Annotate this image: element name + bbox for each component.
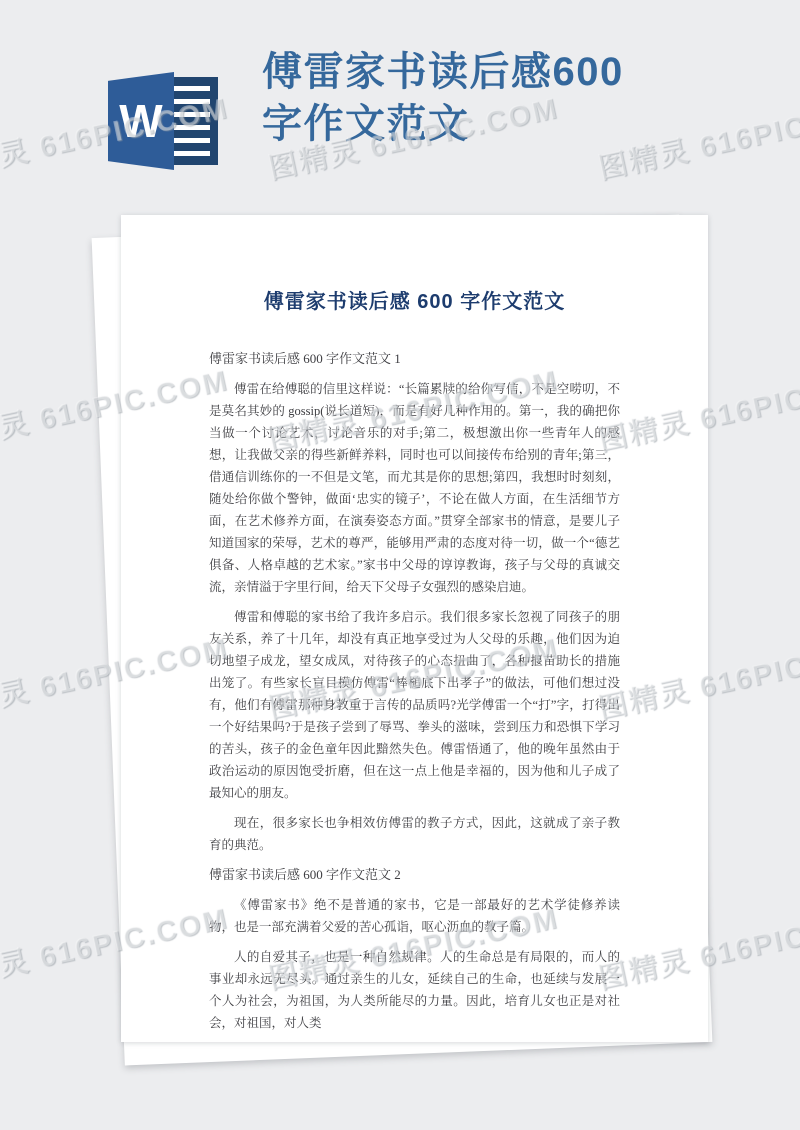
document-page-preview: 傅雷家书读后感 600 字作文范文 傅雷家书读后感 600 字作文范文 1傅雷在… [121,215,708,1042]
word-icon-panel: W [108,72,174,170]
page-title-line1: 傅雷家书读后感600 [262,50,624,94]
section-heading: 傅雷家书读后感 600 字作文范文 2 [209,864,620,886]
document-title: 傅雷家书读后感 600 字作文范文 [209,285,620,314]
body-paragraph: 现在，很多家长也争相效仿傅雷的教子方式，因此，这就成了亲子教育的典范。 [209,812,620,856]
section-heading: 傅雷家书读后感 600 字作文范文 1 [209,348,620,370]
document-sections: 傅雷家书读后感 600 字作文范文 1傅雷在给傅聪的信里这样说：“长篇累牍的给你… [209,348,620,1034]
body-paragraph: 傅雷在给傅聪的信里这样说：“长篇累牍的给你写信，不是空唠叨，不是莫名其妙的 go… [209,378,620,598]
word-document-icon: W [108,72,218,170]
page-canvas: W 傅雷家书读后感600字作文范文 傅雷家书读后感 600 字作文范文 傅雷家书… [0,0,800,1130]
body-paragraph: 《傅雷家书》绝不是普通的家书，它是一部最好的艺术学徒修养读物，也是一部充满着父爱… [209,894,620,938]
document-content: 傅雷家书读后感 600 字作文范文 傅雷家书读后感 600 字作文范文 1傅雷在… [121,215,708,1034]
page-title-line2: 字作文范文 [262,102,470,146]
page-title: 傅雷家书读后感600字作文范文 [262,46,624,150]
word-icon-letter: W [119,98,162,144]
body-paragraph: 人的自爱其子，也是一种自然规律。人的生命总是有局限的，而人的事业却永远无尽头。通… [209,946,620,1034]
body-paragraph: 傅雷和傅聪的家书给了我许多启示。我们很多家长忽视了同孩子的朋友关系，养了十几年，… [209,606,620,804]
header: W 傅雷家书读后感600字作文范文 [0,0,800,215]
